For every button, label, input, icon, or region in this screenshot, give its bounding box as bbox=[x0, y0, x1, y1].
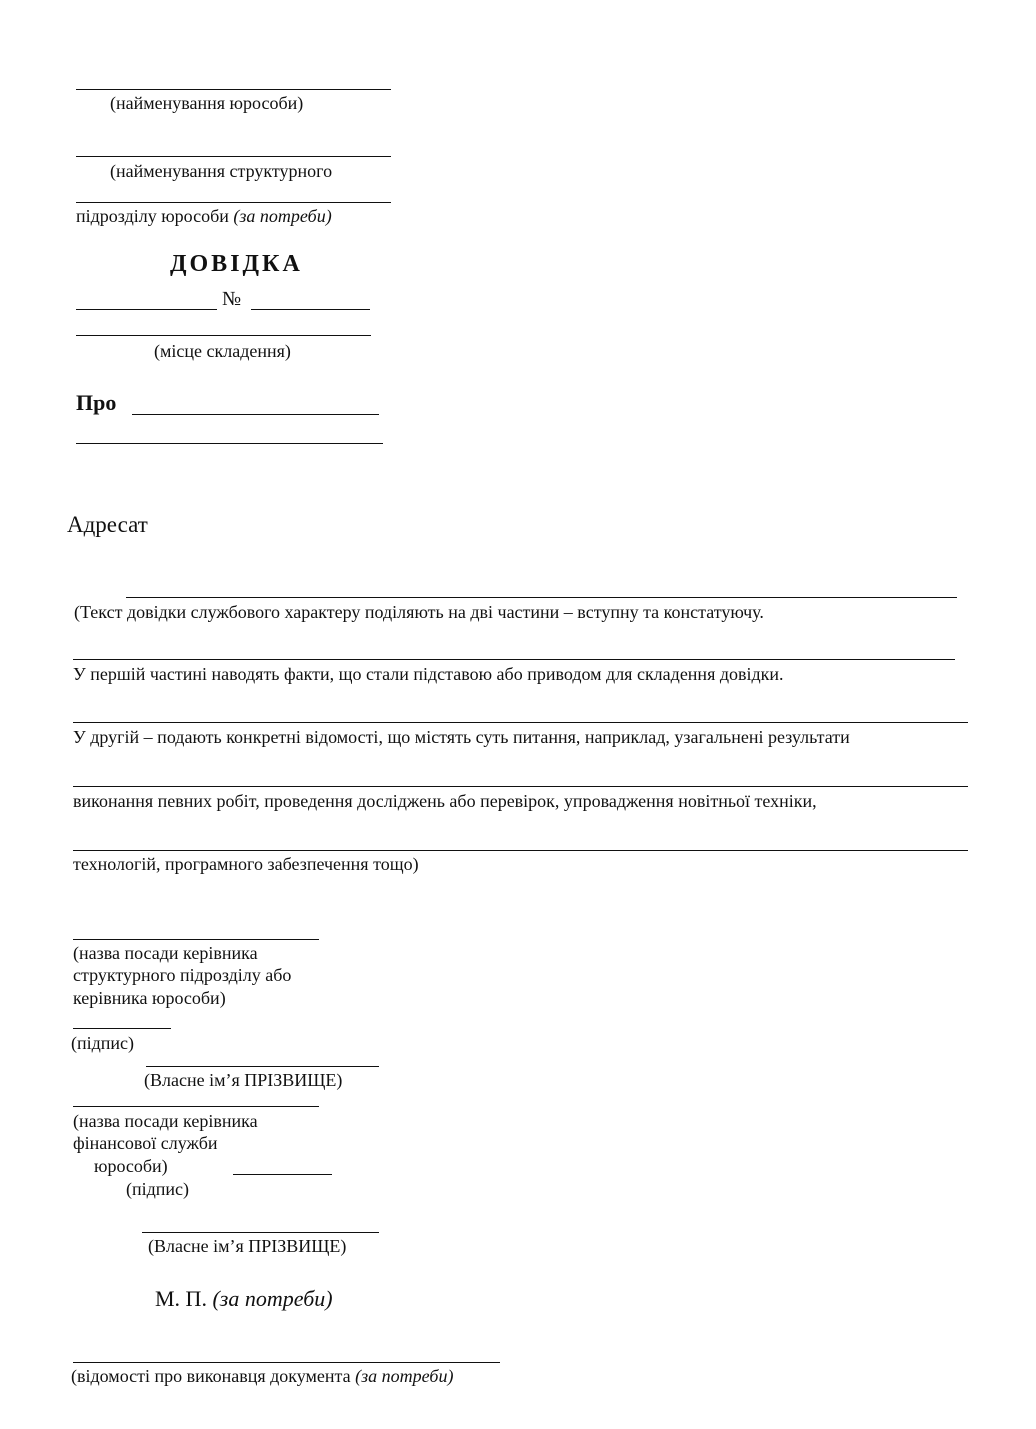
number-line[interactable] bbox=[251, 309, 370, 310]
body-line-4[interactable] bbox=[73, 850, 968, 851]
addressee-label: Адресат bbox=[67, 514, 148, 536]
stamp-text: М. П. bbox=[155, 1286, 212, 1311]
subdivision-caption-line2: підрозділу юрособи (за потреби) bbox=[76, 205, 332, 227]
org-name-caption: (найменування юрособи) bbox=[110, 92, 303, 114]
number-sign: № bbox=[222, 288, 241, 310]
head-name-caption: (Власне ім’я ПРІЗВИЩЕ) bbox=[144, 1069, 342, 1091]
head-signature-caption: (підпис) bbox=[71, 1032, 134, 1054]
finance-signature-line[interactable] bbox=[233, 1174, 332, 1175]
org-name-line[interactable] bbox=[76, 89, 391, 90]
body-line-3[interactable] bbox=[73, 786, 968, 787]
body-text-line: У першій частині наводять факти, що стал… bbox=[73, 663, 784, 685]
finance-position-line[interactable] bbox=[73, 1106, 319, 1107]
head-position-caption: керівника юрособи) bbox=[73, 987, 226, 1009]
finance-position-caption: юрособи) bbox=[94, 1155, 168, 1177]
subdivision-caption-line1: (найменування структурного bbox=[110, 160, 332, 182]
optional-note: (за потреби) bbox=[355, 1366, 453, 1386]
head-position-caption: (назва посади керівника bbox=[73, 942, 258, 964]
optional-note: (за потреби) bbox=[233, 206, 331, 226]
place-caption: (місце складення) bbox=[154, 340, 291, 362]
optional-note: (за потреби) bbox=[212, 1286, 332, 1311]
body-text-line: (Текст довідки службового характеру поді… bbox=[74, 601, 764, 623]
finance-name-caption: (Власне ім’я ПРІЗВИЩЕ) bbox=[148, 1235, 346, 1257]
subdivision-line-2[interactable] bbox=[76, 202, 391, 203]
head-position-line[interactable] bbox=[73, 939, 319, 940]
body-text-line: технологій, програмного забезпечення тощ… bbox=[73, 853, 419, 875]
date-line[interactable] bbox=[76, 309, 217, 310]
body-line-1[interactable] bbox=[73, 659, 955, 660]
finance-name-line[interactable] bbox=[142, 1232, 379, 1233]
place-line[interactable] bbox=[76, 335, 371, 336]
body-line-0[interactable] bbox=[126, 597, 957, 598]
head-signature-line[interactable] bbox=[73, 1028, 171, 1029]
finance-signature-caption: (підпис) bbox=[126, 1178, 189, 1200]
stamp-placeholder: М. П. (за потреби) bbox=[155, 1288, 333, 1310]
body-text-line: У другій – подають конкретні відомості, … bbox=[73, 726, 850, 748]
head-name-line[interactable] bbox=[146, 1066, 379, 1067]
subdivision-caption-text: підрозділу юрособи bbox=[76, 206, 233, 226]
executor-caption: (відомості про виконавця документа (за п… bbox=[71, 1365, 453, 1387]
finance-position-caption: (назва посади керівника bbox=[73, 1110, 258, 1132]
subdivision-line-1[interactable] bbox=[76, 156, 391, 157]
executor-line[interactable] bbox=[73, 1362, 500, 1363]
subject-line-2[interactable] bbox=[76, 443, 383, 444]
executor-text: (відомості про виконавця документа bbox=[71, 1366, 355, 1386]
document-title: ДОВІДКА bbox=[170, 253, 303, 275]
finance-position-caption: фінансової служби bbox=[73, 1132, 218, 1154]
body-text-line: виконання певних робіт, проведення дослі… bbox=[73, 790, 817, 812]
head-position-caption: структурного підрозділу або bbox=[73, 964, 291, 986]
subject-line-1[interactable] bbox=[132, 414, 379, 415]
subject-label: Про bbox=[76, 392, 116, 414]
body-line-2[interactable] bbox=[73, 722, 968, 723]
